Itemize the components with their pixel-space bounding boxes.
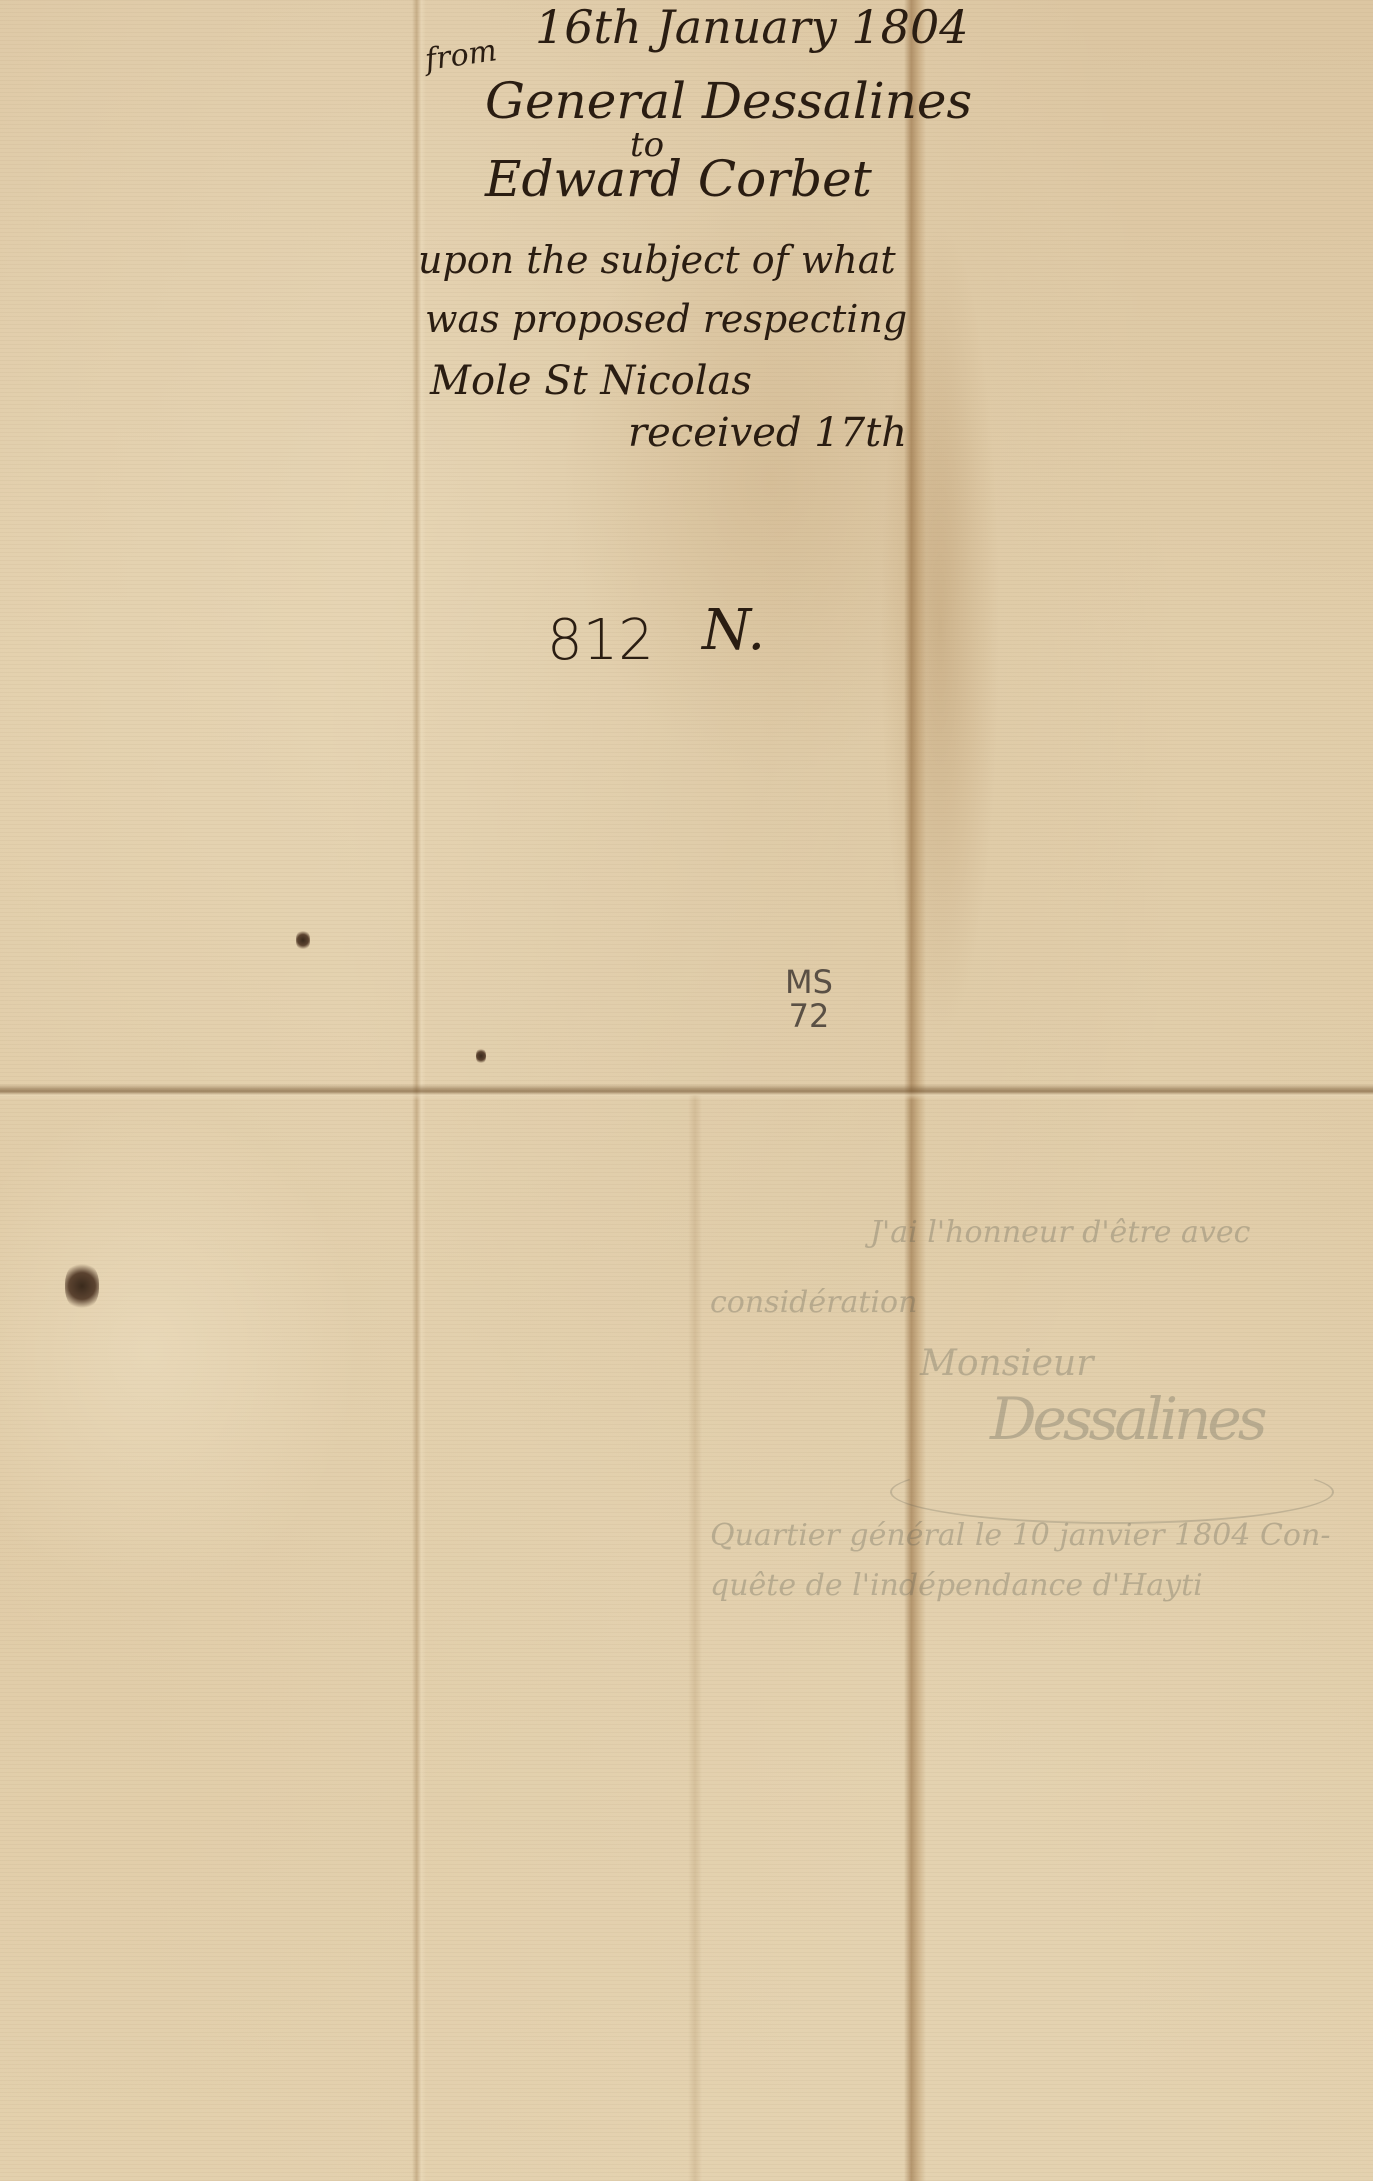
manuscript-page: J'ai l'honneur d'être avec considération… — [0, 0, 1373, 2181]
bleed-through-signature: Dessalines — [990, 1385, 1263, 1453]
vertical-fold-middle — [688, 1095, 702, 2181]
bleed-line: Monsieur — [920, 1343, 1093, 1384]
docket-subject-line: upon the subject of what — [418, 238, 896, 282]
bleed-line: Quartier général le 10 janvier 1804 Con- — [710, 1518, 1330, 1553]
docket-sender: General Dessalines — [485, 72, 972, 130]
water-stain — [0, 1100, 360, 1600]
ink-blot — [65, 1262, 99, 1310]
bleed-line: J'ai l'honneur d'être avec — [870, 1215, 1250, 1250]
ink-spot — [476, 1048, 486, 1064]
archive-mark-line2: 72 — [785, 999, 833, 1033]
signature-flourish — [890, 1460, 1334, 1524]
docket-subject-line: Mole St Nicolas — [430, 358, 752, 404]
bleed-line: considération — [710, 1285, 917, 1320]
docket-received: received 17th — [628, 410, 907, 456]
vertical-fold-left — [412, 0, 426, 2181]
ink-spot — [296, 930, 310, 950]
docket-date: 16th January 1804 — [535, 0, 968, 54]
archive-mark-line1: MS — [785, 965, 833, 999]
reference-number: 812 — [547, 608, 654, 673]
water-stain — [880, 220, 1000, 1040]
horizontal-fold — [0, 1084, 1373, 1100]
docket-subject-line: was proposed respecting — [425, 297, 907, 341]
docket-recipient: Edward Corbet — [485, 150, 872, 208]
vertical-fold-right — [904, 0, 926, 2181]
archive-mark: MS 72 — [785, 965, 833, 1033]
bleed-line: quête de l'indépendance d'Hayti — [710, 1568, 1203, 1603]
reference-letter: N. — [702, 598, 765, 663]
